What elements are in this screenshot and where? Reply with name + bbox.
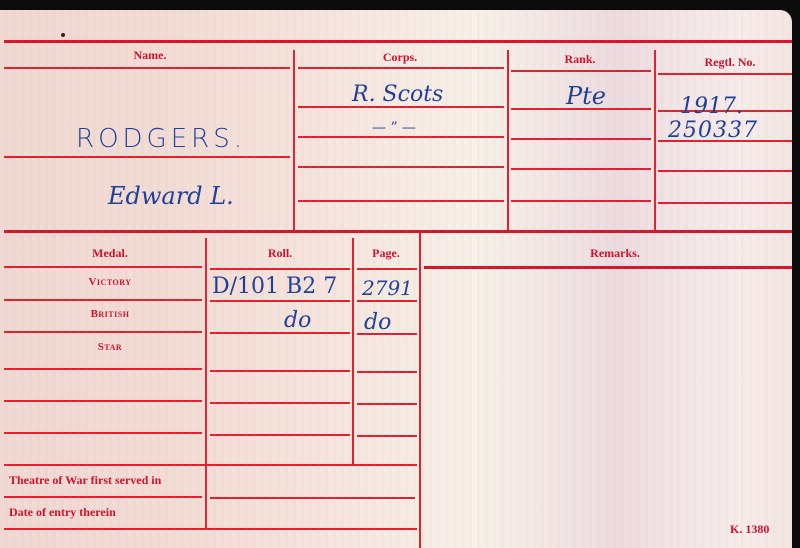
surname-field: RODGERS. <box>76 124 246 154</box>
header-underline-name <box>4 67 290 69</box>
medal-row-line-0 <box>4 266 202 268</box>
page-row-line-4 <box>357 403 417 405</box>
page-row-line-5 <box>357 435 417 437</box>
roll-row-line-0 <box>210 268 350 270</box>
theatre-mid-line <box>4 496 202 498</box>
corps-field: R. Scots <box>352 82 443 107</box>
roll-row-line-2 <box>210 332 350 334</box>
rank-header: Rank. <box>540 52 620 67</box>
medal-header: Medal. <box>60 246 160 261</box>
date-entry-label: Date of entry therein <box>9 505 116 520</box>
top-rule <box>4 40 792 43</box>
name-header: Name. <box>90 48 210 63</box>
medal-index-card: Name. Corps. Rank. Regtl. No. RODGERS. E… <box>0 10 792 548</box>
page-row-line-3 <box>357 371 417 373</box>
remarks-header: Remarks. <box>560 246 670 261</box>
regtl-year-field: 1917. <box>680 94 743 119</box>
regtl-no-header: Regtl. No. <box>680 55 780 70</box>
medal-row-line-1 <box>4 299 202 301</box>
roll-row-line-3 <box>210 370 350 372</box>
remarks-underline <box>424 266 792 269</box>
theatre-bottom-line <box>4 528 417 530</box>
header-underline-rank <box>511 70 651 72</box>
regtl-line-3 <box>658 170 792 172</box>
regtl-line-4 <box>658 202 792 204</box>
theatre-first-served-label: Theatre of War first served in <box>9 473 161 488</box>
roll-row-line-4 <box>210 402 350 404</box>
victory-page-field: 2791 <box>362 276 413 300</box>
rank-field: Pte <box>566 82 606 110</box>
medal-victory-label: Victory <box>50 276 170 288</box>
british-page-field: do <box>364 310 391 335</box>
divider-name-corps <box>293 50 295 230</box>
medal-row-line-4 <box>4 400 202 402</box>
medal-british-label: British <box>50 308 170 320</box>
rank-line-2 <box>511 138 651 140</box>
medal-row-line-2 <box>4 331 202 333</box>
ink-speck <box>61 33 65 37</box>
rank-line-4 <box>511 200 651 202</box>
roll-header: Roll. <box>240 246 320 261</box>
page-header: Page. <box>356 246 416 261</box>
medal-row-line-3 <box>4 368 202 370</box>
medal-row-line-5 <box>4 432 202 434</box>
divider-rank-regtl <box>654 50 656 230</box>
roll-row-line-1 <box>210 300 350 302</box>
page-row-line-0 <box>357 268 417 270</box>
british-roll-field: do <box>284 308 311 333</box>
theatre-mid-line-right <box>210 497 415 499</box>
divider-medals-remarks <box>419 232 421 548</box>
form-number: K. 1380 <box>730 522 769 537</box>
section-divider <box>4 230 792 233</box>
forenames-field: Edward L. <box>108 182 234 210</box>
roll-row-line-5 <box>210 434 350 436</box>
divider-medal-roll <box>205 238 207 530</box>
victory-roll-field: D/101 B2 7 <box>212 274 337 299</box>
corps-header: Corps. <box>350 50 450 65</box>
regtl-number-field: 250337 <box>668 118 758 143</box>
corps-ditto-field: — ” — <box>372 120 416 136</box>
divider-corps-rank <box>507 50 509 230</box>
page-row-line-1 <box>357 300 417 302</box>
header-underline-corps <box>298 67 504 69</box>
theatre-top-line <box>4 464 417 466</box>
corps-line-4 <box>298 200 504 202</box>
corps-line-2 <box>298 136 504 138</box>
medal-star-label: Star <box>50 341 170 353</box>
name-line <box>4 156 290 158</box>
divider-roll-page <box>352 238 354 466</box>
corps-line-3 <box>298 166 504 168</box>
rank-line-3 <box>511 168 651 170</box>
header-underline-regtl <box>658 73 792 75</box>
